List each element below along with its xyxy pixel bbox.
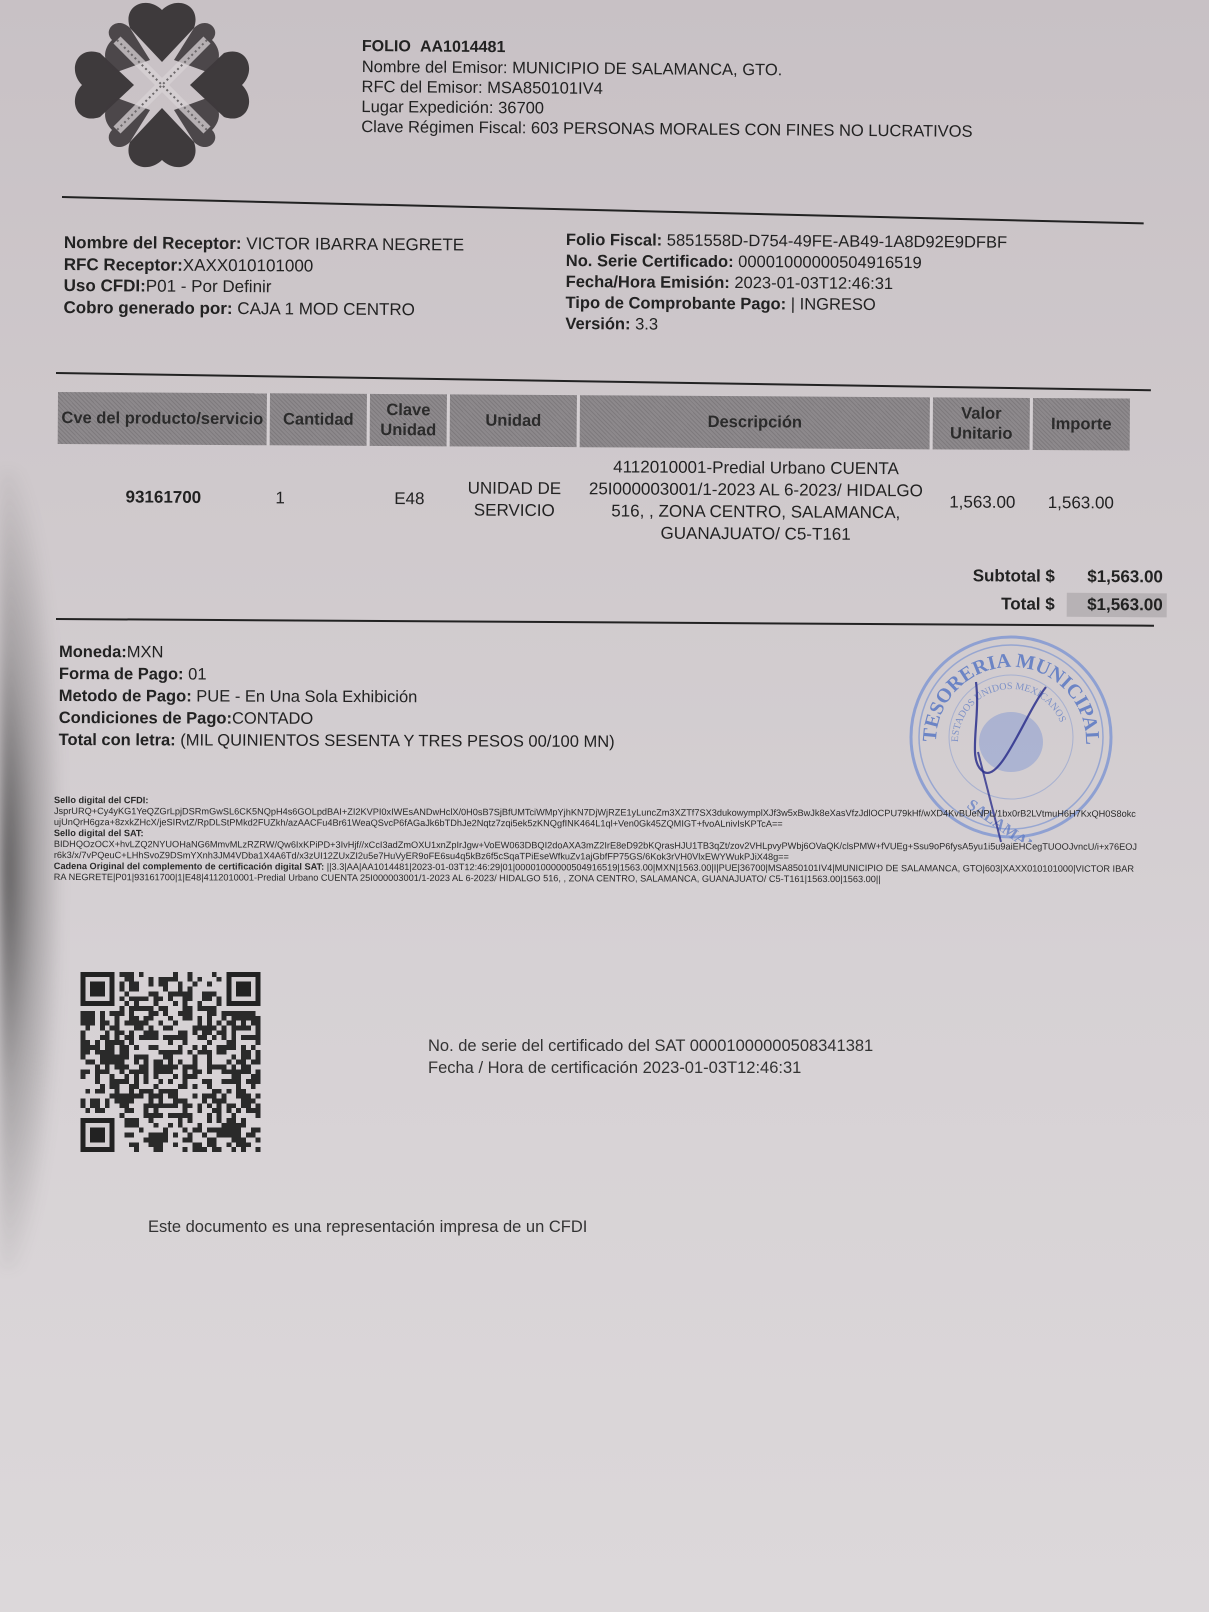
cell-clave-unidad: E48 [369, 487, 449, 509]
digital-seals: Sello digital del CFDI: JsprURQ+Cy4yKG1Y… [54, 795, 1139, 886]
subtotal-value: $1,563.00 [1067, 565, 1167, 590]
qr-code [78, 972, 263, 1152]
total-value: $1,563.00 [1067, 593, 1167, 618]
col-header: Cantidad [270, 393, 370, 446]
concepts-table: Cve del producto/servicio Cantidad Clave… [57, 392, 1150, 556]
sat-cert-fecha: Fecha / Hora de certificación 2023-01-03… [428, 1057, 873, 1079]
sello-cfdi: JsprURQ+Cy4yKG1YeQZGrLpjDSRmGwSL6CK5NQpH… [54, 806, 1139, 831]
col-header: Unidad [450, 394, 580, 447]
receptor-section: Nombre del Receptor: VICTOR IBARRA NEGRE… [63, 232, 464, 320]
folio-fiscal: Folio Fiscal: 5851558D-D754-49FE-AB49-1A… [566, 230, 1007, 254]
municipality-logo [72, 0, 252, 170]
uso-cfdi: Uso CFDI:P01 - Por Definir [64, 275, 464, 299]
col-header: Valor Unitario [933, 397, 1033, 450]
tipo-comprobante: Tipo de Comprobante Pago: | INGRESO [565, 293, 1006, 317]
total-row: Total $ $1,563.00 [940, 590, 1167, 619]
metodo-pago: Metodo de Pago: PUE - En Una Sola Exhibi… [59, 685, 615, 709]
cadena-original: Cadena Original del complemento de certi… [54, 861, 1139, 886]
col-header: Clave Unidad [370, 394, 450, 446]
totals: Subtotal $ $1,563.00 Total $ $1,563.00 [940, 562, 1167, 619]
cell-valor-unitario: 1,563.00 [932, 491, 1032, 514]
moneda: Moneda:MXN [59, 641, 615, 665]
serie-certificado: No. Serie Certificado: 00001000000504916… [566, 251, 1007, 275]
col-header: Descripción [580, 395, 933, 449]
certification-info: No. de serie del certificado del SAT 000… [428, 1035, 873, 1079]
cell-unidad: UNIDAD DE SERVICIO [449, 477, 579, 522]
table-row: 93161700 1 E48 UNIDAD DE SERVICIO 411201… [57, 444, 1150, 556]
emisor-header: FOLIO AA1014481 Nombre del Emisor: MUNIC… [361, 36, 973, 142]
fecha-emision: Fecha/Hora Emisión: 2023-01-03T12:46:31 [566, 272, 1007, 296]
scan-smudge [0, 470, 60, 1270]
forma-pago: Forma de Pago: 01 [59, 663, 615, 687]
condiciones-pago: Condiciones de Pago:CONTADO [59, 707, 615, 731]
cell-cantidad: 1 [269, 487, 369, 510]
subtotal-row: Subtotal $ $1,563.00 [940, 562, 1167, 591]
total-letra: Total con letra: (MIL QUINIENTOS SESENTA… [59, 729, 615, 753]
fiscal-section: Folio Fiscal: 5851558D-D754-49FE-AB49-1A… [565, 230, 1007, 338]
sello-sat: BIDHQOzOCX+hvLZQ2NYUOHaNG6MmvMLzRZRW/Qw6… [54, 839, 1139, 864]
receptor-nombre: Nombre del Receptor: VICTOR IBARRA NEGRE… [64, 232, 464, 256]
cell-descripcion: 4112010001-Predial Urbano CUENTA 25I0000… [579, 456, 933, 546]
table-header: Cve del producto/servicio Cantidad Clave… [58, 392, 1150, 451]
version: Versión: 3.3 [565, 314, 1006, 338]
cobro-generado: Cobro generado por: CAJA 1 MOD CENTRO [63, 296, 463, 320]
cell-importe: 1,563.00 [1032, 491, 1129, 514]
payment-section: Moneda:MXN Forma de Pago: 01 Metodo de P… [59, 641, 615, 753]
cell-clave: 93161700 [57, 485, 269, 508]
receptor-rfc: RFC Receptor:XAXX010101000 [64, 253, 464, 277]
cfdi-note: Este documento es una representación imp… [148, 1218, 587, 1237]
col-header: Cve del producto/servicio [58, 392, 270, 445]
col-header: Importe [1033, 398, 1130, 451]
folio-value: AA1014481 [420, 38, 506, 56]
sat-cert-serie: No. de serie del certificado del SAT 000… [428, 1035, 873, 1057]
